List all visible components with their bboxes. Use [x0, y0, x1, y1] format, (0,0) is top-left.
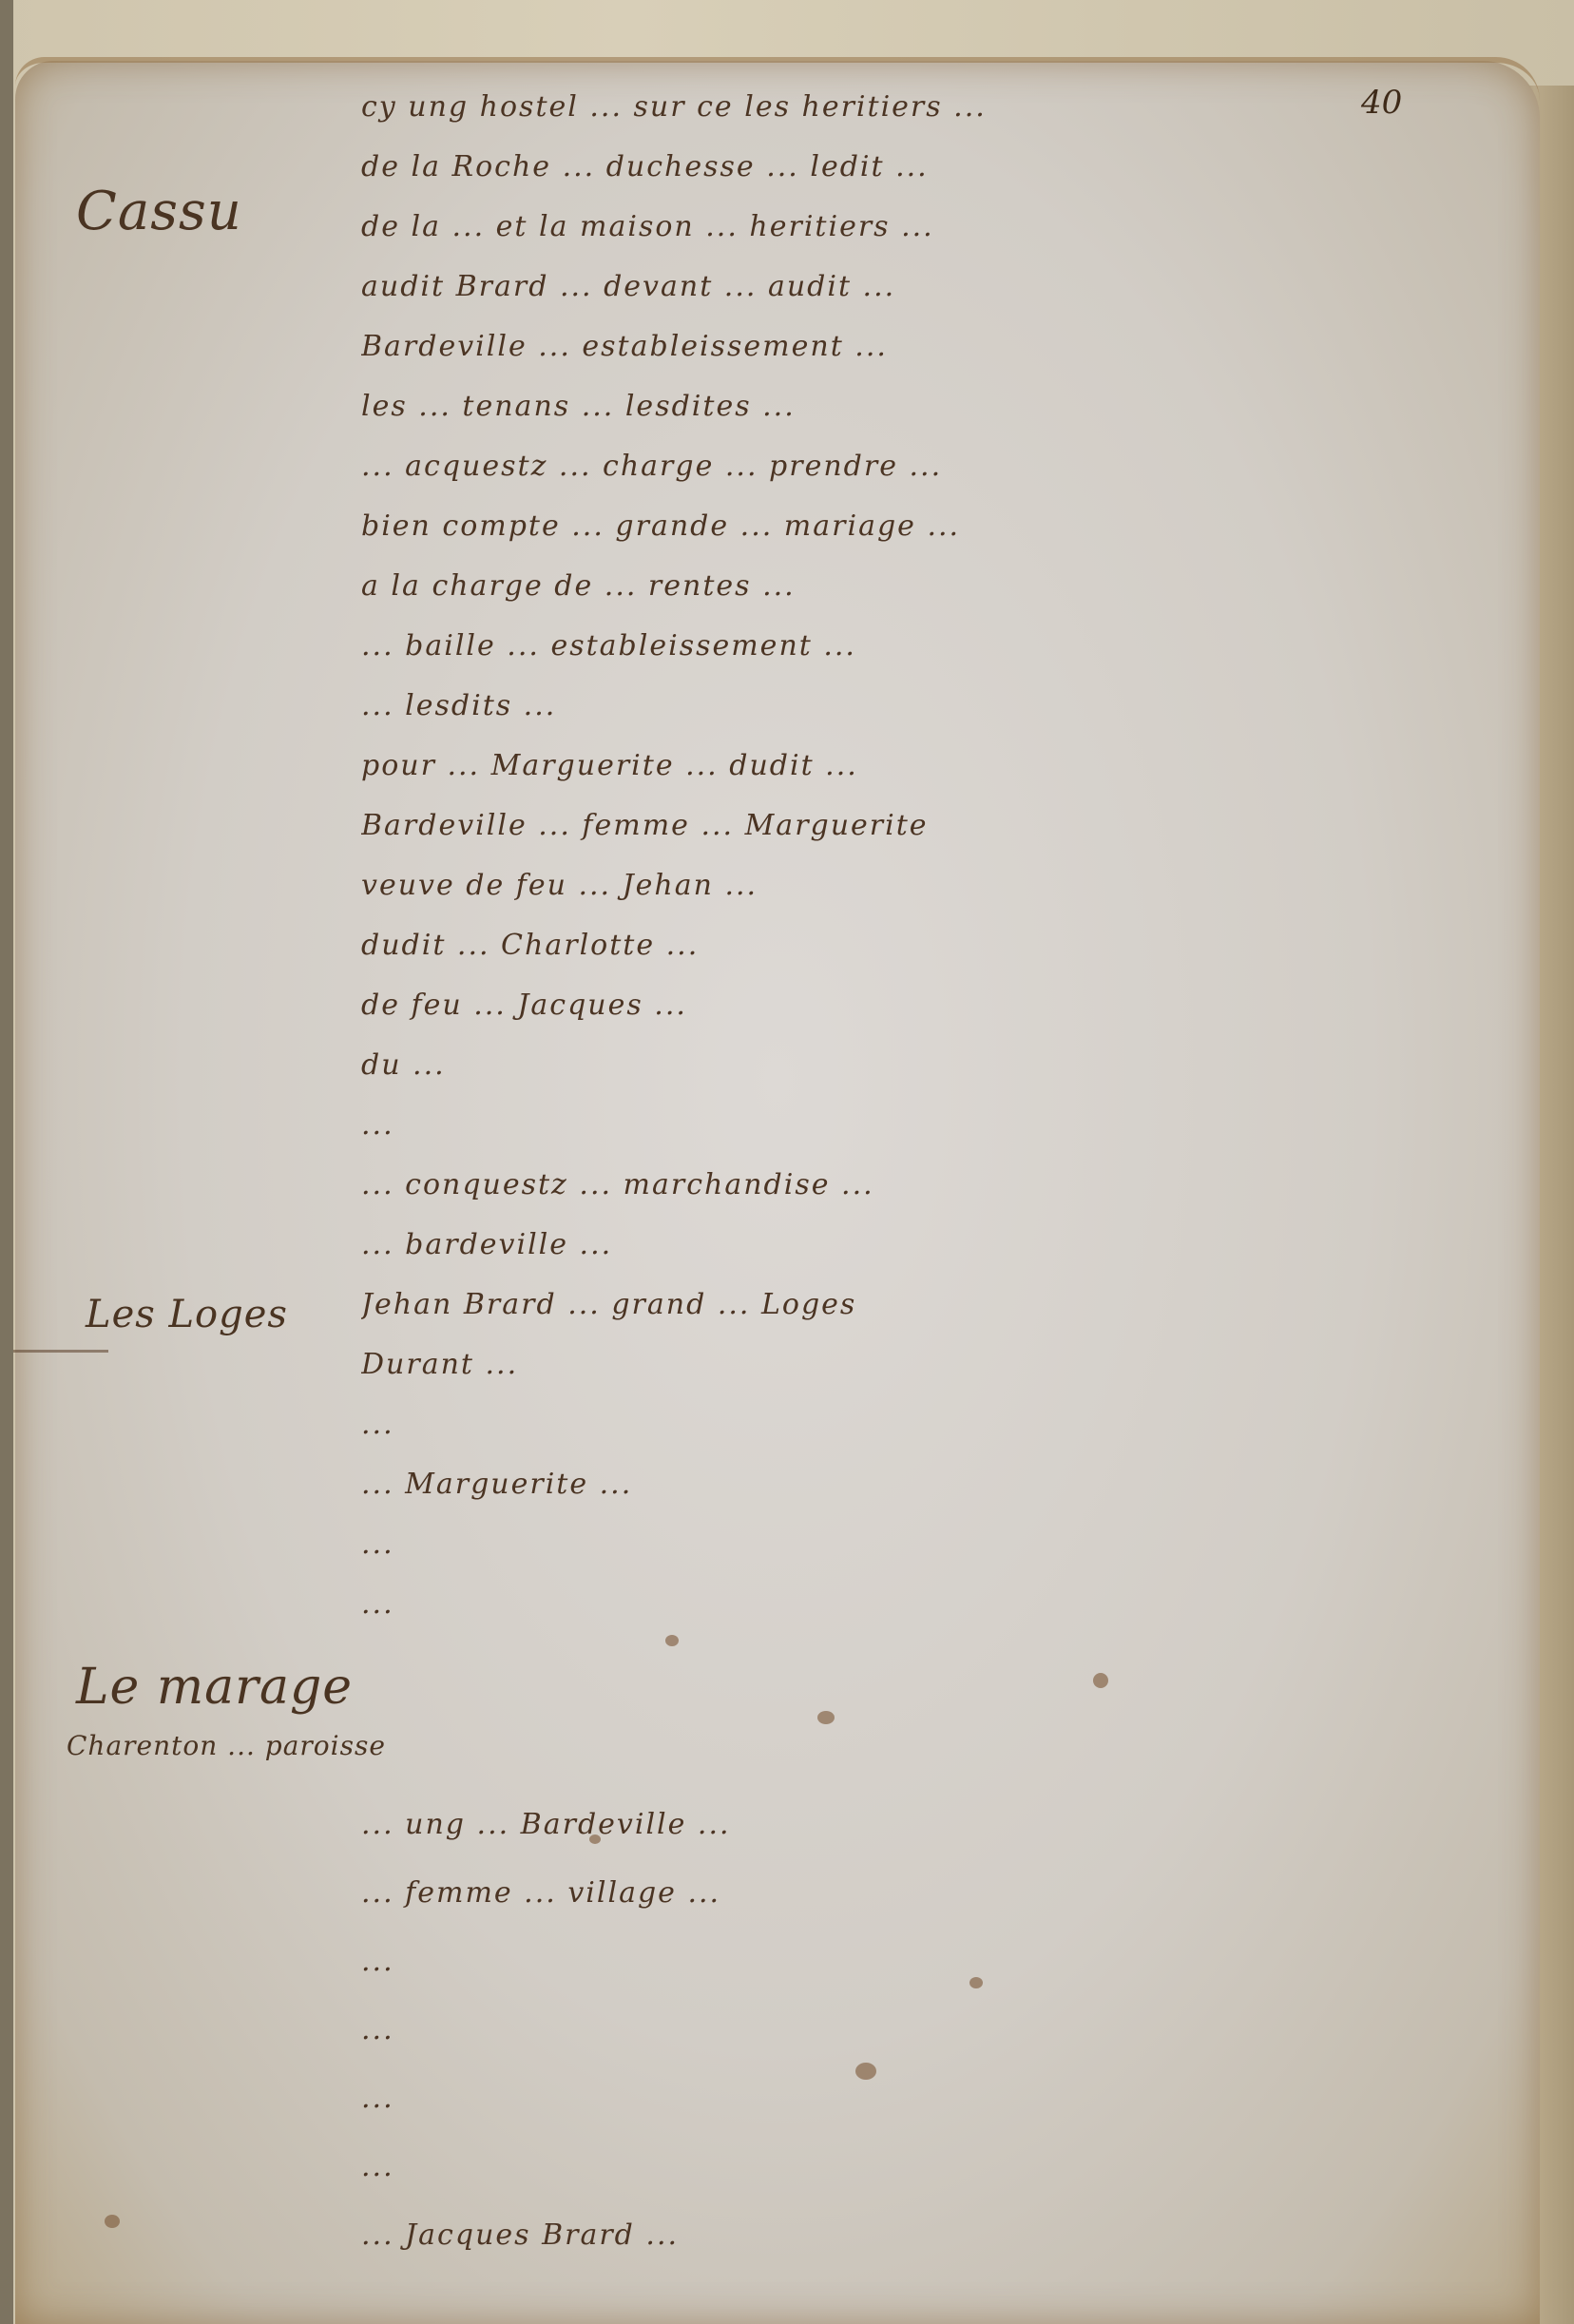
manuscript-line: a la charge de ... rentes ... — [361, 569, 1511, 603]
ink-stain — [855, 2063, 876, 2080]
manuscript-line: ... lesdits ... — [361, 689, 1511, 722]
manuscript-line: ... — [361, 2013, 1511, 2046]
margin-connector — [13, 1350, 108, 1353]
ink-stain — [969, 1977, 983, 1988]
manuscript-line: ... — [361, 1587, 1511, 1621]
manuscript-line: Durant ... — [361, 1348, 1511, 1381]
manuscript-line: Bardeville ... estableissement ... — [361, 330, 1511, 363]
manuscript-line: ... acquestz ... charge ... prendre ... — [361, 450, 1511, 483]
manuscript-line: ... Marguerite ... — [361, 1468, 1511, 1501]
manuscript-line: ... — [361, 1945, 1511, 1978]
ink-stain — [105, 2215, 120, 2228]
manuscript-line: de la Roche ... duchesse ... ledit ... — [361, 150, 1511, 183]
ink-stain — [1093, 1673, 1108, 1688]
manuscript-line: ... bardeville ... — [361, 1228, 1511, 1261]
manuscript-line: ... — [361, 2082, 1511, 2115]
manuscript-line: ... — [361, 1527, 1511, 1561]
manuscript-line: pour ... Marguerite ... dudit ... — [361, 749, 1511, 782]
manuscript-line: bien compte ... grande ... mariage ... — [361, 509, 1511, 543]
manuscript-line: Bardeville ... femme ... Marguerite — [361, 809, 1511, 842]
manuscript-line: ... — [361, 1108, 1511, 1142]
margin-note-charenton: Charenton ... paroisse — [67, 1730, 386, 1761]
manuscript-line: du ... — [361, 1048, 1511, 1082]
manuscript-line: dudit ... Charlotte ... — [361, 929, 1511, 962]
manuscript-line: ... — [361, 1408, 1511, 1441]
manuscript-line: ... — [361, 2150, 1511, 2183]
manuscript-line: ... femme ... village ... — [361, 1876, 1511, 1910]
manuscript-line: cy ung hostel ... sur ce les heritiers .… — [361, 90, 1511, 124]
manuscript-line: les ... tenans ... lesdites ... — [361, 390, 1511, 423]
margin-note-cassu: Cassu — [76, 181, 242, 242]
manuscript-line: veuve de feu ... Jehan ... — [361, 869, 1511, 902]
manuscript-line: ... baille ... estableissement ... — [361, 629, 1511, 663]
manuscript-line: de la ... et la maison ... heritiers ... — [361, 210, 1511, 243]
manuscript-line: ... conquestz ... marchandise ... — [361, 1168, 1511, 1201]
manuscript-line: de feu ... Jacques ... — [361, 989, 1511, 1022]
ink-stain — [589, 1834, 601, 1844]
margin-note-le-marage: Le marage — [76, 1659, 353, 1716]
manuscript-line: ... Jacques Brard ... — [361, 2218, 1511, 2252]
manuscript-line: audit Brard ... devant ... audit ... — [361, 270, 1511, 303]
manuscript-line: Jehan Brard ... grand ... Loges — [361, 1288, 1511, 1321]
ink-stain — [817, 1711, 835, 1724]
margin-note-les-loges: Les Loges — [86, 1293, 288, 1336]
binding-edge — [0, 0, 13, 2324]
ink-stain — [665, 1635, 679, 1646]
manuscript-line: ... ung ... Bardeville ... — [361, 1808, 1511, 1841]
